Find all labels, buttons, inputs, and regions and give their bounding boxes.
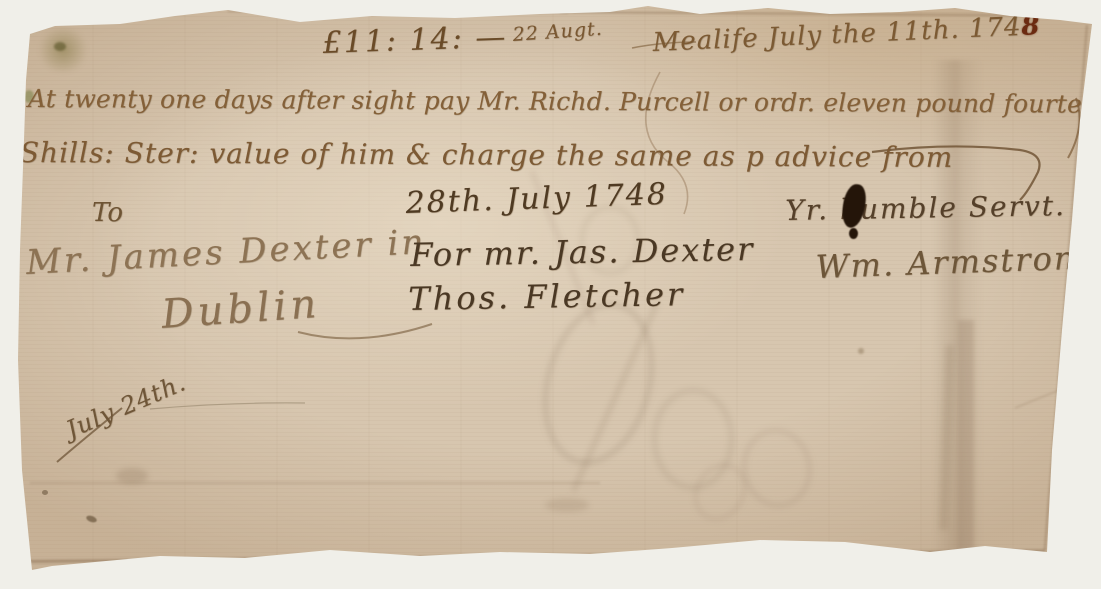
salutation: Yr. humble Servt.	[785, 189, 1066, 227]
paper-sheet: £11: 14: — 22 Augt. Mealife July the 11t…	[0, 0, 1101, 589]
place-date-blotted-digit: 8	[1021, 11, 1041, 42]
amount-value: £11: 14: —	[322, 20, 508, 61]
for-line: For mr. Jas. Dexter	[410, 230, 755, 274]
torn-edge-top-left	[228, 10, 568, 14]
historical-document-photo: £11: 14: — 22 Augt. Mealife July the 11t…	[0, 0, 1101, 589]
body-line-2: Shills: Ster: value of him & charge the …	[20, 136, 954, 174]
cosigner-signature: Thos. Fletcher	[408, 275, 686, 318]
ink-blot-small	[849, 228, 858, 239]
body-line-1: At twenty one days after sight pay Mr. R…	[28, 84, 1101, 119]
addressee-to: To	[92, 198, 123, 228]
